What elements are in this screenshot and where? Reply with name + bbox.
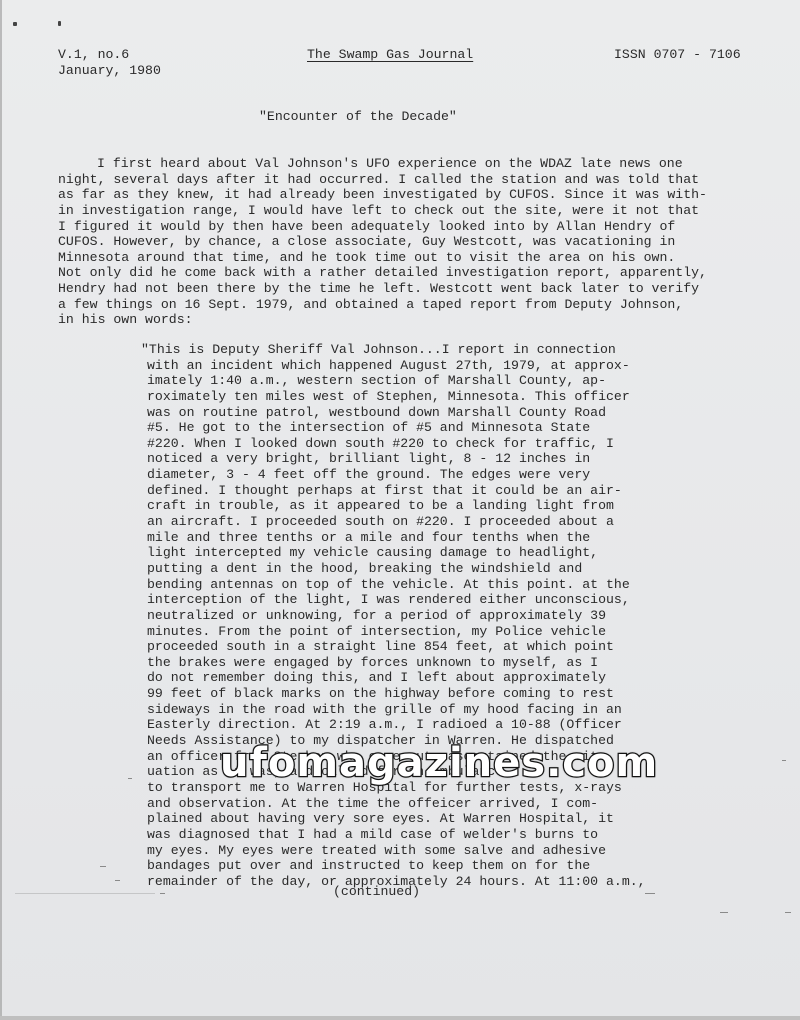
- testimony-line: do not remember doing this, and I left a…: [147, 670, 646, 686]
- testimony-line: was on routine patrol, westbound down Ma…: [147, 405, 646, 421]
- testimony-line: was diagnosed that I had a mild case of …: [147, 827, 646, 843]
- testimony-line: "This is Deputy Sheriff Val Johnson...I …: [141, 342, 646, 358]
- testimony-line: #5. He got to the intersection of #5 and…: [147, 420, 646, 436]
- testimony-line: an aircraft. I proceeded south on #220. …: [147, 514, 646, 530]
- page-edge-left: [0, 0, 2, 1020]
- scan-mark: [13, 22, 17, 26]
- intro-line: night, several days after it had occurre…: [58, 172, 707, 188]
- testimony-line: roximately ten miles west of Stephen, Mi…: [147, 389, 646, 405]
- journal-title: The Swamp Gas Journal: [307, 47, 473, 62]
- testimony-line: proceeded south in a straight line 854 f…: [147, 639, 646, 655]
- testimony-line: noticed a very bright, brilliant light, …: [147, 451, 646, 467]
- article-title: "Encounter of the Decade": [259, 109, 457, 124]
- continued-label: (continued): [333, 884, 420, 899]
- testimony-line: 99 feet of black marks on the highway be…: [147, 686, 646, 702]
- issue-date: January, 1980: [58, 63, 161, 78]
- intro-line: a few things on 16 Sept. 1979, and obtai…: [58, 297, 707, 313]
- testimony-line: and observation. At the time the offeice…: [147, 796, 646, 812]
- testimony-line: mile and three tenths or a mile and four…: [147, 530, 646, 546]
- page-edge-bottom: [0, 1016, 800, 1020]
- testimony-line: bending antennas on top of the vehicle. …: [147, 577, 646, 593]
- issn: ISSN 0707 - 7106: [614, 47, 741, 62]
- intro-paragraph: I first heard about Val Johnson's UFO ex…: [58, 156, 707, 328]
- testimony-line: diameter, 3 - 4 feet off the ground. The…: [147, 467, 646, 483]
- testimony-line: sideways in the road with the grille of …: [147, 702, 646, 718]
- intro-line: in investigation range, I would have lef…: [58, 203, 707, 219]
- testimony-line: the brakes were engaged by forces unknow…: [147, 655, 646, 671]
- testimony-quote: "This is Deputy Sheriff Val Johnson...I …: [147, 342, 646, 889]
- testimony-line: Easterly direction. At 2:19 a.m., I radi…: [147, 717, 646, 733]
- intro-line: I figured it would by then have been ade…: [58, 219, 707, 235]
- testimony-line: #220. When I looked down south #220 to c…: [147, 436, 646, 452]
- intro-line: as far as they knew, it had already been…: [58, 187, 707, 203]
- testimony-line: imately 1:40 a.m., western section of Ma…: [147, 373, 646, 389]
- scan-mark: [58, 21, 61, 26]
- testimony-line: bandages put over and instructed to keep…: [147, 858, 646, 874]
- intro-line: Minnesota around that time, and he took …: [58, 250, 707, 266]
- intro-line: Hendry had not been there by the time he…: [58, 281, 707, 297]
- intro-line: Not only did he come back with a rather …: [58, 265, 707, 281]
- testimony-line: interception of the light, I was rendere…: [147, 592, 646, 608]
- intro-line: in his own words:: [58, 312, 707, 328]
- testimony-line: minutes. From the point of intersection,…: [147, 624, 646, 640]
- intro-line: CUFOS. However, by chance, a close assoc…: [58, 234, 707, 250]
- intro-line: I first heard about Val Johnson's UFO ex…: [58, 156, 707, 172]
- testimony-line: my eyes. My eyes were treated with some …: [147, 843, 646, 859]
- volume-number: V.1, no.6: [58, 47, 129, 62]
- watermark: ufomagazines.com: [220, 740, 658, 786]
- testimony-line: defined. I thought perhaps at first that…: [147, 483, 646, 499]
- testimony-line: plained about having very sore eyes. At …: [147, 811, 646, 827]
- testimony-line: neutralized or unknowing, for a period o…: [147, 608, 646, 624]
- testimony-line: light intercepted my vehicle causing dam…: [147, 545, 646, 561]
- testimony-line: with an incident which happened August 2…: [147, 358, 646, 374]
- testimony-line: craft in trouble, as it appeared to be a…: [147, 498, 646, 514]
- scanned-page: V.1, no.6 January, 1980 The Swamp Gas Jo…: [0, 0, 800, 1020]
- testimony-line: putting a dent in the hood, breaking the…: [147, 561, 646, 577]
